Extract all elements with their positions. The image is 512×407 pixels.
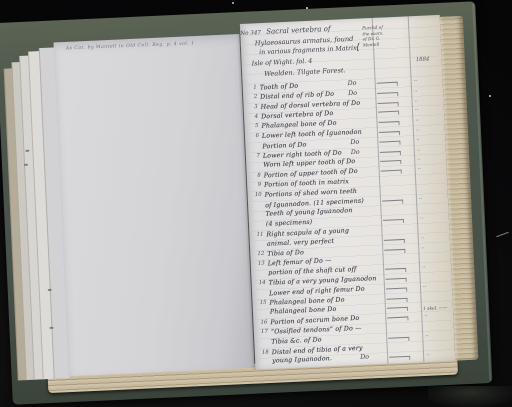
row-col1-dash (388, 336, 409, 341)
row-number: 9 (248, 181, 261, 191)
row-col2-mark: ‥ (415, 105, 420, 115)
row-col2-mark: ‥ (415, 115, 420, 125)
row-col2-mark: ‥ (414, 86, 419, 96)
dust-fiber (496, 232, 509, 237)
sheet-edge-mark (24, 164, 28, 166)
left-page: As Cat. by Mantell in Old Coll. Reg. p. … (54, 34, 255, 376)
row-ditto: Do (350, 137, 359, 147)
row-col2-mark: ‥ (419, 193, 424, 203)
row-col1-dash (389, 356, 410, 361)
purchase-note: Purchd of the exors. of Dr. G. Mantell (362, 25, 384, 48)
row-col1-dash (384, 238, 405, 243)
row-number: 6 (246, 132, 259, 142)
row-col1-dash (382, 199, 403, 204)
row-number: 17 (255, 328, 268, 338)
row-ditto: Do (348, 89, 357, 99)
sheet-edge-mark (25, 150, 29, 152)
row-number: 12 (251, 249, 264, 259)
year-label: 1884 (416, 56, 430, 63)
row-col2-mark: ‥ (423, 281, 428, 291)
sheet-edge-mark (49, 327, 53, 329)
row-col1-dash (377, 91, 398, 96)
row-col2-mark: ‥ (413, 76, 418, 86)
register-entries: 1Tooth of DoDo‥2Distal end of rib of DoD… (243, 75, 456, 368)
header-brace: { (355, 43, 361, 53)
row-col2-mark: ‥ (424, 311, 429, 321)
row-col1-dash (378, 121, 399, 126)
row-col1-dash (386, 277, 407, 282)
dust-speck (489, 95, 491, 97)
row-text: young Iguanodon. (272, 354, 332, 366)
left-page-annotation: As Cat. by Mantell in Old Coll. Reg. p. … (66, 40, 234, 51)
sheet-edge-mark (48, 289, 52, 291)
corner-cover-texture (428, 386, 512, 407)
row-col2-mark: ‥ (426, 350, 431, 360)
row-col1-dash (385, 268, 406, 273)
photo-background: As Cat. by Mantell in Old Coll. Reg. p. … (0, 0, 512, 407)
row-col2-mark: ‥ (422, 262, 427, 272)
row-col1-dash (387, 316, 408, 321)
row-col2-mark: ‥ (421, 233, 426, 243)
row-col1-dash (377, 81, 398, 86)
row-col2-mark: ‥ (425, 331, 430, 341)
register-number: No 347 (240, 30, 261, 37)
row-col1-dash (386, 287, 407, 292)
row-number: 5 (245, 122, 258, 132)
row-col1-dash (379, 140, 400, 145)
row-number: 2 (244, 93, 257, 103)
row-ditto: Do (360, 353, 369, 363)
purchase-note-line: Mantell (363, 41, 384, 48)
row-col1-dash (378, 111, 399, 116)
row-col1-dash (381, 169, 402, 174)
row-number: 14 (252, 279, 265, 289)
dust-speck (306, 7, 308, 9)
row-number: 10 (248, 191, 261, 201)
row-col2-mark: ‥ (417, 164, 422, 174)
row-number: 3 (244, 103, 257, 113)
register-book: As Cat. by Mantell in Old Coll. Reg. p. … (0, 1, 492, 404)
dust-speck (232, 2, 234, 4)
right-page: No 347 Sacral vertebra of Hylaeosaurus a… (240, 15, 455, 370)
row-col2-mark: ‥ (416, 134, 421, 144)
row-ditto: Do (347, 79, 356, 89)
